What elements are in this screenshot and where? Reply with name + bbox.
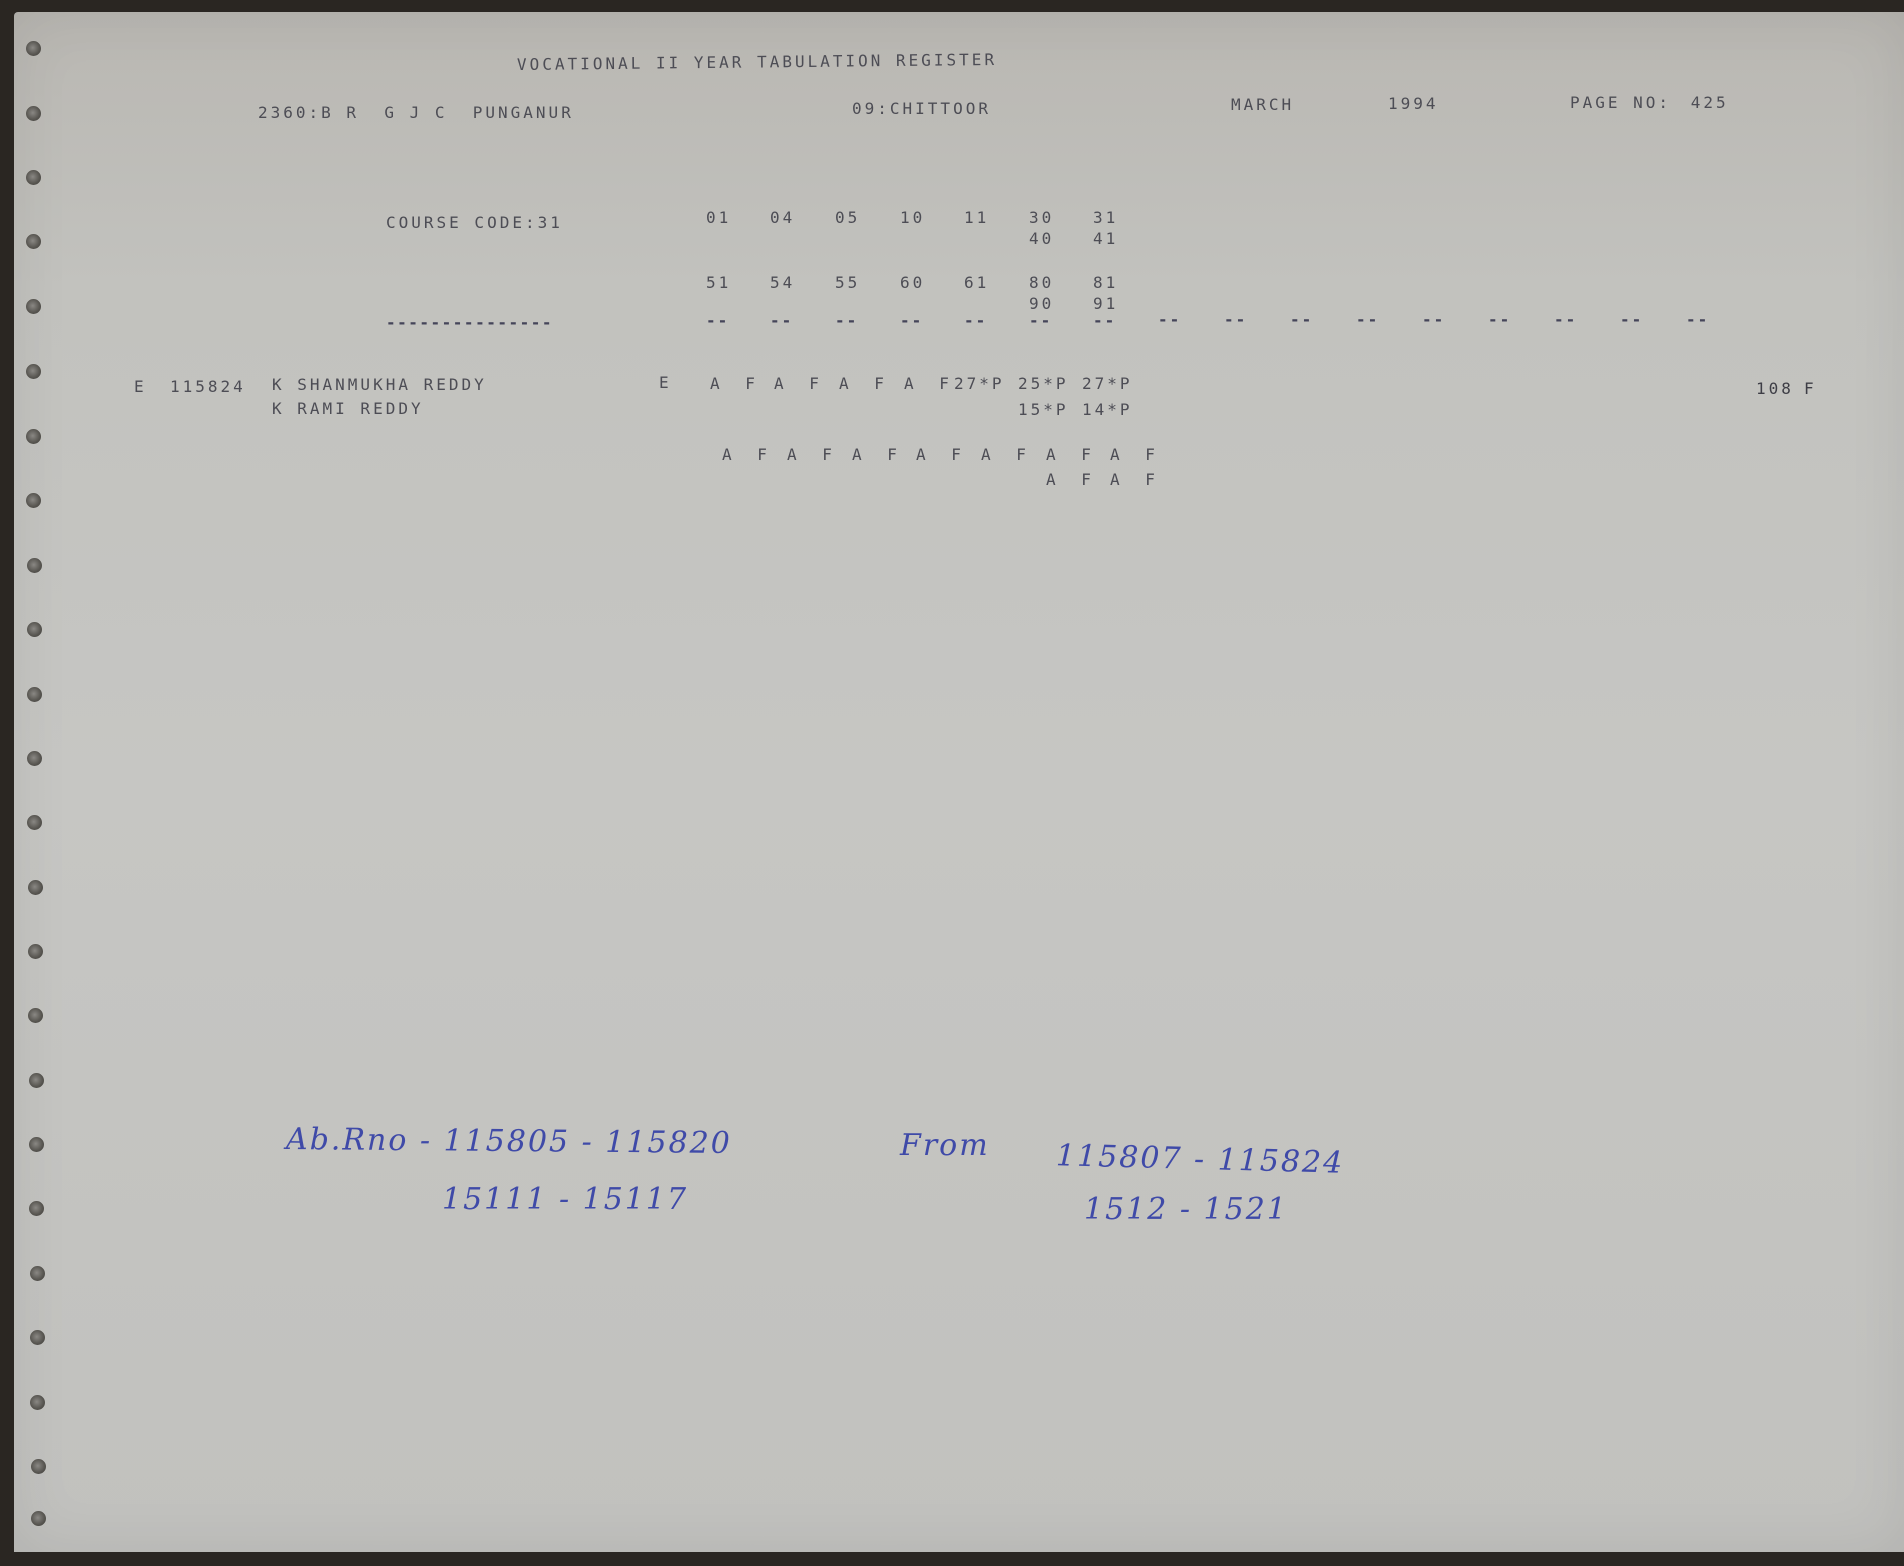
subject-code: 01 [706, 208, 731, 227]
mark-cell: 15*P [1018, 400, 1069, 419]
separator-cell: -- [964, 311, 987, 330]
feed-hole-icon [26, 41, 41, 56]
subject-code: 54 [770, 273, 795, 292]
handwritten-left-line1: Ab.Rno - 115805 - 115820 [286, 1122, 732, 1161]
feed-hole-icon [27, 751, 42, 766]
subject-code: 55 [835, 273, 860, 292]
subject-code: 31 [1093, 208, 1118, 227]
subject-code: 60 [900, 273, 925, 292]
feed-hole-icon [26, 106, 41, 121]
feed-hole-icon [26, 364, 41, 379]
feed-hole-icon [26, 429, 41, 444]
mark-cell: A F [1110, 445, 1163, 464]
mark-cell: A F [916, 445, 969, 464]
subject-code: 05 [835, 208, 860, 227]
course-code: COURSE CODE:31 [386, 214, 563, 232]
mark-cell: A F [787, 445, 840, 464]
separator-cell: -- [1290, 310, 1313, 329]
subject-code: 30 [1029, 208, 1054, 227]
father-name: K RAMI REDDY [272, 400, 424, 418]
subject-code: 40 [1029, 229, 1054, 248]
separator-cell: -- [1620, 310, 1643, 329]
mark-cell: A F [839, 374, 892, 393]
separator-cell: -- [835, 311, 858, 330]
feed-hole-icon [29, 1137, 44, 1152]
mark-cell: A F [1110, 470, 1163, 489]
feed-hole-icon [27, 622, 42, 637]
feed-hole-icon [26, 493, 41, 508]
subject-code: 11 [964, 208, 989, 227]
separator-cell: -- [1158, 310, 1181, 329]
feed-hole-icon [30, 1266, 45, 1281]
page-number-label: PAGE NO: [1570, 93, 1671, 112]
student-name: K SHANMUKHA REDDY [272, 376, 487, 394]
result-status: F [1804, 380, 1817, 398]
district: 09:CHITTOOR [852, 100, 991, 118]
feed-hole-icon [31, 1511, 46, 1526]
handwritten-left-line2: 15111 - 15117 [442, 1182, 688, 1217]
separator-cell: -- [1224, 310, 1247, 329]
feed-hole-icon [28, 1008, 43, 1023]
separator-cell: -- [1554, 310, 1577, 329]
separator-cell: -- [1029, 311, 1052, 330]
separator-cell: -- [770, 311, 793, 330]
subject-code: 04 [770, 208, 795, 227]
separator-cell: -- [1488, 310, 1511, 329]
mark-cell: A F [1046, 445, 1099, 464]
feed-hole-icon [26, 299, 41, 314]
student-category: E [134, 378, 147, 396]
exam-month: MARCH [1231, 96, 1294, 114]
feed-hole-icon [30, 1330, 45, 1345]
separator-name: --------------- [386, 313, 553, 332]
subject-code: 41 [1093, 229, 1118, 248]
mark-cell: A F [710, 374, 763, 393]
subject-code: 80 [1029, 273, 1054, 292]
handwritten-right-label: From [900, 1128, 990, 1163]
feed-hole-icon [28, 880, 43, 895]
medium: E [659, 374, 672, 392]
register-sheet: VOCATIONAL II YEAR TABULATION REGISTER 2… [14, 12, 1904, 1552]
feed-hole-icon [27, 558, 42, 573]
college-code-name: 2360:B R G J C PUNGANUR [258, 104, 574, 122]
register-title: VOCATIONAL II YEAR TABULATION REGISTER [517, 51, 997, 74]
handwritten-right-line2: 1512 - 1521 [1084, 1192, 1288, 1227]
separator-cell: -- [1356, 310, 1379, 329]
feed-hole-icon [26, 170, 41, 185]
subject-code: 61 [964, 273, 989, 292]
mark-cell: 27*P [1082, 374, 1133, 393]
page-number-group: PAGE NO: 425 [1570, 93, 1729, 112]
mark-cell: 25*P [1018, 374, 1069, 393]
feed-hole-icon [31, 1459, 46, 1474]
separator-cell: -- [1093, 311, 1116, 330]
feed-hole-icon [26, 234, 41, 249]
mark-cell: A F [981, 445, 1034, 464]
feed-hole-icon [29, 1073, 44, 1088]
separator-cell: -- [1422, 310, 1445, 329]
subject-code: 51 [706, 273, 731, 292]
separator-cell: -- [1686, 310, 1709, 329]
exam-year: 1994 [1388, 95, 1439, 113]
separator-cell: -- [706, 311, 729, 330]
mark-cell: A F [774, 374, 827, 393]
mark-cell: 27*P [954, 374, 1005, 393]
hall-ticket-number: 115824 [170, 378, 246, 396]
page-number: 425 [1691, 93, 1729, 112]
mark-cell: A F [722, 445, 775, 464]
total-marks: 108 [1756, 380, 1794, 398]
subject-code: 81 [1093, 273, 1118, 292]
feed-hole-icon [27, 687, 42, 702]
feed-hole-icon [29, 1201, 44, 1216]
mark-cell: 14*P [1082, 400, 1133, 419]
mark-cell: A F [904, 374, 957, 393]
handwritten-right-line1: 115807 - 115824 [1056, 1138, 1345, 1181]
separator-cell: -- [900, 311, 923, 330]
feed-hole-icon [30, 1395, 45, 1410]
feed-hole-icon [27, 815, 42, 830]
feed-hole-icon [28, 944, 43, 959]
mark-cell: A F [852, 445, 905, 464]
mark-cell: A F [1046, 470, 1099, 489]
subject-code: 10 [900, 208, 925, 227]
